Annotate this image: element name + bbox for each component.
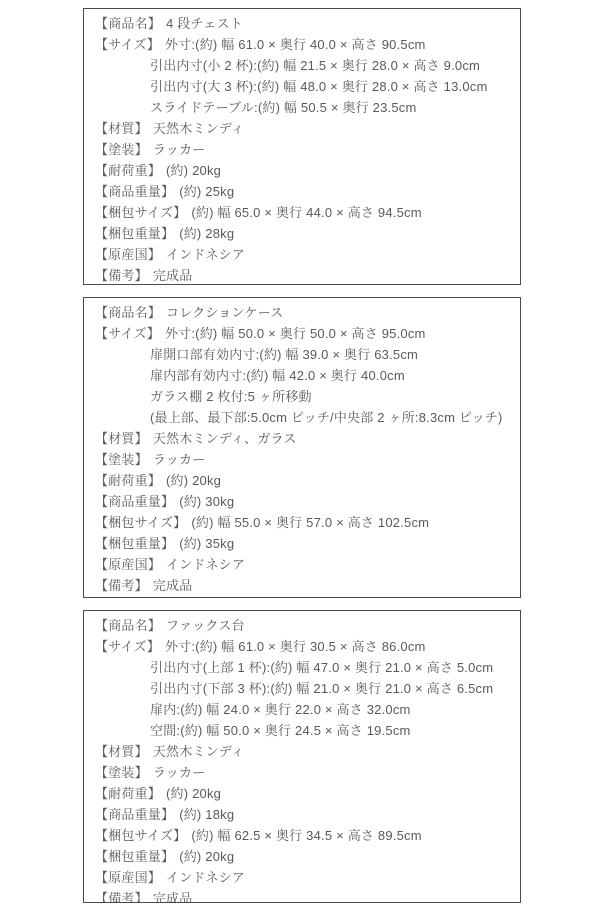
spec-label: 【商品重量】 <box>95 184 174 199</box>
spec-row: 【材質】天然木ミンディ <box>95 118 509 139</box>
spec-value: ラッカー <box>153 765 206 780</box>
spec-label: 【サイズ】 <box>95 639 160 654</box>
spec-label: 【材質】 <box>95 121 148 136</box>
spec-value: (最上部、最下部:5.0cm ピッチ/中央部 2 ヶ所:8.3cm ピッチ) <box>150 410 503 425</box>
spec-row: 【サイズ】外寸:(約) 幅 50.0 × 奥行 50.0 × 高さ 95.0cm <box>95 323 509 344</box>
spec-row: 【塗装】ラッカー <box>95 762 509 783</box>
spec-value: 天然木ミンディ <box>153 744 244 759</box>
spec-label: 【原産国】 <box>95 557 161 572</box>
spec-value: ファックス台 <box>166 618 245 633</box>
spec-row: 【原産国】インドネシア <box>95 867 509 888</box>
spec-value: 引出内寸(小 2 杯):(約) 幅 21.5 × 奥行 28.0 × 高さ 9.… <box>150 58 480 73</box>
spec-value: (約) 20kg <box>166 473 221 488</box>
product-spec-card-chest: 【商品名】4 段チェスト 【サイズ】外寸:(約) 幅 61.0 × 奥行 40.… <box>83 8 521 285</box>
spec-value: 完成品 <box>153 268 193 283</box>
spec-value: (約) 幅 62.5 × 奥行 34.5 × 高さ 89.5cm <box>191 828 421 843</box>
spec-row: 【材質】天然木ミンディ、ガラス <box>95 428 509 449</box>
spec-label: 【耐荷重】 <box>95 163 161 178</box>
spec-value: (約) 20kg <box>179 849 234 864</box>
spec-value: スライドテーブル:(約) 幅 50.5 × 奥行 23.5cm <box>150 100 417 115</box>
spec-label: 【サイズ】 <box>95 37 160 52</box>
spec-value: 扉内:(約) 幅 24.0 × 奥行 22.0 × 高さ 32.0cm <box>150 702 411 717</box>
spec-row: 扉内:(約) 幅 24.0 × 奥行 22.0 × 高さ 32.0cm <box>95 699 509 720</box>
spec-row: 【商品名】4 段チェスト <box>95 13 509 34</box>
spec-label: 【備考】 <box>95 578 148 593</box>
spec-value: (約) 30kg <box>179 494 234 509</box>
spec-label: 【梱包重量】 <box>95 226 174 241</box>
spec-row: 【商品重量】(約) 25kg <box>95 181 509 202</box>
spec-row: 【耐荷重】(約) 20kg <box>95 160 509 181</box>
spec-value: 完成品 <box>153 578 193 593</box>
spec-row: 【耐荷重】(約) 20kg <box>95 470 509 491</box>
spec-value: ラッカー <box>153 142 206 157</box>
spec-label: 【梱包サイズ】 <box>95 828 186 843</box>
spec-value: (約) 35kg <box>179 536 234 551</box>
spec-value: 外寸:(約) 幅 50.0 × 奥行 50.0 × 高さ 95.0cm <box>165 326 426 341</box>
spec-label: 【耐荷重】 <box>95 786 161 801</box>
spec-label: 【材質】 <box>95 744 148 759</box>
spec-row: 【備考】完成品 <box>95 888 509 903</box>
spec-value: 引出内寸(大 3 杯):(約) 幅 48.0 × 奥行 28.0 × 高さ 13… <box>150 79 488 94</box>
spec-row: 引出内寸(小 2 杯):(約) 幅 21.5 × 奥行 28.0 × 高さ 9.… <box>95 55 509 76</box>
spec-label: 【原産国】 <box>95 870 161 885</box>
spec-value: 扉内部有効内寸:(約) 幅 42.0 × 奥行 40.0cm <box>150 368 405 383</box>
spec-row: 【サイズ】外寸:(約) 幅 61.0 × 奥行 40.0 × 高さ 90.5cm <box>95 34 509 55</box>
spec-value: 引出内寸(上部 1 杯):(約) 幅 47.0 × 奥行 21.0 × 高さ 5… <box>150 660 493 675</box>
spec-row: 扉内部有効内寸:(約) 幅 42.0 × 奥行 40.0cm <box>95 365 509 386</box>
spec-label: 【耐荷重】 <box>95 473 161 488</box>
spec-row: 【商品重量】(約) 18kg <box>95 804 509 825</box>
spec-row: 引出内寸(大 3 杯):(約) 幅 48.0 × 奥行 28.0 × 高さ 13… <box>95 76 509 97</box>
spec-label: 【商品重量】 <box>95 807 174 822</box>
spec-label: 【原産国】 <box>95 247 161 262</box>
spec-row: 【商品名】ファックス台 <box>95 615 509 636</box>
spec-value: 引出内寸(下部 3 杯):(約) 幅 21.0 × 奥行 21.0 × 高さ 6… <box>150 681 493 696</box>
spec-label: 【塗装】 <box>95 452 148 467</box>
spec-label: 【梱包重量】 <box>95 536 174 551</box>
spec-row: ガラス棚 2 枚付:5 ヶ所移動 <box>95 386 509 407</box>
spec-label: 【商品名】 <box>95 618 161 633</box>
spec-row: 扉開口部有効内寸:(約) 幅 39.0 × 奥行 63.5cm <box>95 344 509 365</box>
spec-label: 【サイズ】 <box>95 326 160 341</box>
spec-label: 【備考】 <box>95 891 148 903</box>
spec-label: 【備考】 <box>95 268 148 283</box>
spec-value: (約) 20kg <box>166 163 221 178</box>
spec-row: 【原産国】インドネシア <box>95 554 509 575</box>
spec-value: 4 段チェスト <box>166 16 243 31</box>
spec-row: 【備考】完成品 <box>95 575 509 596</box>
spec-row: 【材質】天然木ミンディ <box>95 741 509 762</box>
spec-value: (約) 幅 55.0 × 奥行 57.0 × 高さ 102.5cm <box>191 515 429 530</box>
spec-value: インドネシア <box>166 247 245 262</box>
spec-row: (最上部、最下部:5.0cm ピッチ/中央部 2 ヶ所:8.3cm ピッチ) <box>95 407 509 428</box>
spec-value: 完成品 <box>153 891 193 903</box>
product-spec-card-fax-stand: 【商品名】ファックス台 【サイズ】外寸:(約) 幅 61.0 × 奥行 30.5… <box>83 610 521 903</box>
spec-label: 【材質】 <box>95 431 148 446</box>
spec-row: 【塗装】ラッカー <box>95 449 509 470</box>
spec-value: 扉開口部有効内寸:(約) 幅 39.0 × 奥行 63.5cm <box>150 347 418 362</box>
product-spec-card-collection-case: 【商品名】コレクションケース 【サイズ】外寸:(約) 幅 50.0 × 奥行 5… <box>83 297 521 598</box>
spec-row: 【原産国】インドネシア <box>95 244 509 265</box>
spec-value: (約) 20kg <box>166 786 221 801</box>
spec-row: 【梱包重量】(約) 28kg <box>95 223 509 244</box>
spec-row: 【梱包重量】(約) 35kg <box>95 533 509 554</box>
spec-row: 【塗装】ラッカー <box>95 139 509 160</box>
spec-row: 【梱包サイズ】(約) 幅 55.0 × 奥行 57.0 × 高さ 102.5cm <box>95 512 509 533</box>
spec-row: 【梱包重量】(約) 20kg <box>95 846 509 867</box>
spec-value: 外寸:(約) 幅 61.0 × 奥行 40.0 × 高さ 90.5cm <box>165 37 426 52</box>
spec-row: 【梱包サイズ】(約) 幅 62.5 × 奥行 34.5 × 高さ 89.5cm <box>95 825 509 846</box>
spec-value: インドネシア <box>166 870 245 885</box>
spec-label: 【梱包サイズ】 <box>95 515 186 530</box>
spec-row: 引出内寸(下部 3 杯):(約) 幅 21.0 × 奥行 21.0 × 高さ 6… <box>95 678 509 699</box>
spec-row: 【耐荷重】(約) 20kg <box>95 783 509 804</box>
spec-value: 天然木ミンディ <box>153 121 244 136</box>
spec-row: 空間:(約) 幅 50.0 × 奥行 24.5 × 高さ 19.5cm <box>95 720 509 741</box>
spec-value: (約) 25kg <box>179 184 234 199</box>
spec-value: (約) 幅 65.0 × 奥行 44.0 × 高さ 94.5cm <box>191 205 421 220</box>
spec-value: ガラス棚 2 枚付:5 ヶ所移動 <box>150 389 312 404</box>
spec-label: 【商品重量】 <box>95 494 174 509</box>
spec-row: スライドテーブル:(約) 幅 50.5 × 奥行 23.5cm <box>95 97 509 118</box>
spec-value: インドネシア <box>166 557 245 572</box>
spec-value: (約) 28kg <box>179 226 234 241</box>
spec-row: 【商品重量】(約) 30kg <box>95 491 509 512</box>
spec-value: 外寸:(約) 幅 61.0 × 奥行 30.5 × 高さ 86.0cm <box>165 639 426 654</box>
spec-row: 引出内寸(上部 1 杯):(約) 幅 47.0 × 奥行 21.0 × 高さ 5… <box>95 657 509 678</box>
spec-row: 【商品名】コレクションケース <box>95 302 509 323</box>
product-spec-sheet: { "colors": { "page_background": "#fffff… <box>0 0 600 914</box>
spec-value: ラッカー <box>153 452 206 467</box>
spec-value: (約) 18kg <box>179 807 234 822</box>
spec-value: コレクションケース <box>166 305 283 320</box>
spec-value: 天然木ミンディ、ガラス <box>153 431 297 446</box>
spec-label: 【梱包重量】 <box>95 849 174 864</box>
spec-label: 【商品名】 <box>95 16 161 31</box>
spec-row: 【サイズ】外寸:(約) 幅 61.0 × 奥行 30.5 × 高さ 86.0cm <box>95 636 509 657</box>
spec-value: 空間:(約) 幅 50.0 × 奥行 24.5 × 高さ 19.5cm <box>150 723 411 738</box>
spec-label: 【塗装】 <box>95 765 148 780</box>
spec-label: 【商品名】 <box>95 305 161 320</box>
spec-row: 【備考】完成品 <box>95 265 509 285</box>
spec-label: 【塗装】 <box>95 142 148 157</box>
spec-row: 【梱包サイズ】(約) 幅 65.0 × 奥行 44.0 × 高さ 94.5cm <box>95 202 509 223</box>
spec-label: 【梱包サイズ】 <box>95 205 186 220</box>
